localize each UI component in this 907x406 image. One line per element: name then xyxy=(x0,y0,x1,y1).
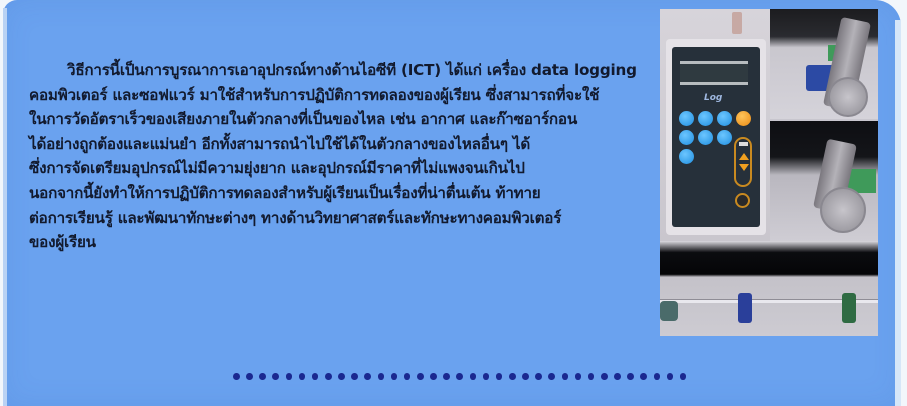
divider-dot xyxy=(364,373,371,380)
paragraph-line: ต่อการเรียนรู้ และพัฒนาทักษะต่างๆ ทางด้า… xyxy=(29,206,654,231)
sound-sensor-tube-photo xyxy=(770,9,878,119)
divider-dot xyxy=(259,373,266,380)
minus-icon xyxy=(739,142,748,146)
divider-dot xyxy=(286,373,293,380)
cart-blue xyxy=(738,293,752,323)
divider-dot xyxy=(470,373,477,380)
dotted-divider xyxy=(233,373,686,381)
paragraph-line: ได้อย่างถูกต้องและแม่นยำ อีกทั้งสามารถนำ… xyxy=(29,132,654,157)
sensor-disc xyxy=(828,77,868,117)
divider-dot xyxy=(483,373,490,380)
panel-right-edge xyxy=(895,20,901,406)
divider-dot xyxy=(522,373,529,380)
paragraph-line: คอมพิวเตอร์ และซอฟแวร์ มาใช้สำหรับการปฏิ… xyxy=(29,83,654,108)
divider-dot xyxy=(430,373,437,380)
divider-dot xyxy=(535,373,542,380)
cart-green xyxy=(842,293,856,323)
panel-left-edge xyxy=(3,8,7,406)
device-connector xyxy=(732,12,742,34)
cart-left xyxy=(660,301,678,321)
divider-dot xyxy=(667,373,674,380)
divider-dot xyxy=(417,373,424,380)
divider-dot xyxy=(272,373,279,380)
data-logger-device-photo: Log xyxy=(660,9,770,241)
divider-dot xyxy=(338,373,345,380)
paragraph-line: ซึ่งการจัดเตรียมอุปกรณ์ไม่มีความยุ่งยาก … xyxy=(29,156,654,181)
keypad-key-icon xyxy=(679,149,694,164)
divider-dot xyxy=(654,373,661,380)
divider-dot xyxy=(588,373,595,380)
paragraph-line: ในการวัดอัตราเร็วของเสียงภายในตัวกลางที่… xyxy=(29,107,654,132)
enter-key-icon xyxy=(735,193,750,208)
divider-dot xyxy=(456,373,463,380)
arrow-down-icon xyxy=(739,164,749,171)
description-paragraph: วิธีการนี้เป็นการบูรณาการเอาอุปกรณ์ทางด้… xyxy=(29,58,654,255)
paragraph-line: วิธีการนี้เป็นการบูรณาการเอาอุปกรณ์ทางด้… xyxy=(29,58,654,83)
lcd-screen xyxy=(680,61,748,85)
arrow-up-icon xyxy=(739,153,749,160)
arrow-rocker-icon xyxy=(734,137,752,187)
sensor-tube-closeup-photo xyxy=(770,121,878,241)
divider-dot xyxy=(378,373,385,380)
divider-dot xyxy=(509,373,516,380)
divider-dot xyxy=(443,373,450,380)
divider-dot xyxy=(391,373,398,380)
keypad-key-icon xyxy=(679,130,694,145)
divider-dot xyxy=(496,373,503,380)
divider-dot xyxy=(351,373,358,380)
divider-dot xyxy=(325,373,332,380)
device-faceplate: Log xyxy=(672,47,760,227)
divider-dot xyxy=(312,373,319,380)
divider-dot xyxy=(614,373,621,380)
divider-dot xyxy=(299,373,306,380)
divider-dot xyxy=(246,373,253,380)
keypad-key-icon xyxy=(679,111,694,126)
keypad-key-icon xyxy=(717,130,732,145)
photo-collage: Log xyxy=(660,9,878,336)
keypad-key-icon xyxy=(717,111,732,126)
divider-dot xyxy=(680,373,687,380)
divider-dot xyxy=(562,373,569,380)
divider-dot xyxy=(404,373,411,380)
divider-dot xyxy=(233,373,240,380)
power-key-icon xyxy=(736,111,751,126)
divider-dot xyxy=(575,373,582,380)
divider-dot xyxy=(601,373,608,380)
divider-dot xyxy=(640,373,647,380)
divider-dot xyxy=(548,373,555,380)
divider-dot xyxy=(627,373,634,380)
paragraph-line: นอกจากนี้ยังทำให้การปฏิบัติการทดลองสำหรั… xyxy=(29,181,654,206)
track-with-carts-photo xyxy=(660,241,878,336)
paragraph-line: ของผู้เรียน xyxy=(29,230,654,255)
sensor-disc xyxy=(820,187,866,233)
keypad-key-icon xyxy=(698,130,713,145)
device-brand-label: Log xyxy=(704,93,722,103)
keypad-key-icon xyxy=(698,111,713,126)
